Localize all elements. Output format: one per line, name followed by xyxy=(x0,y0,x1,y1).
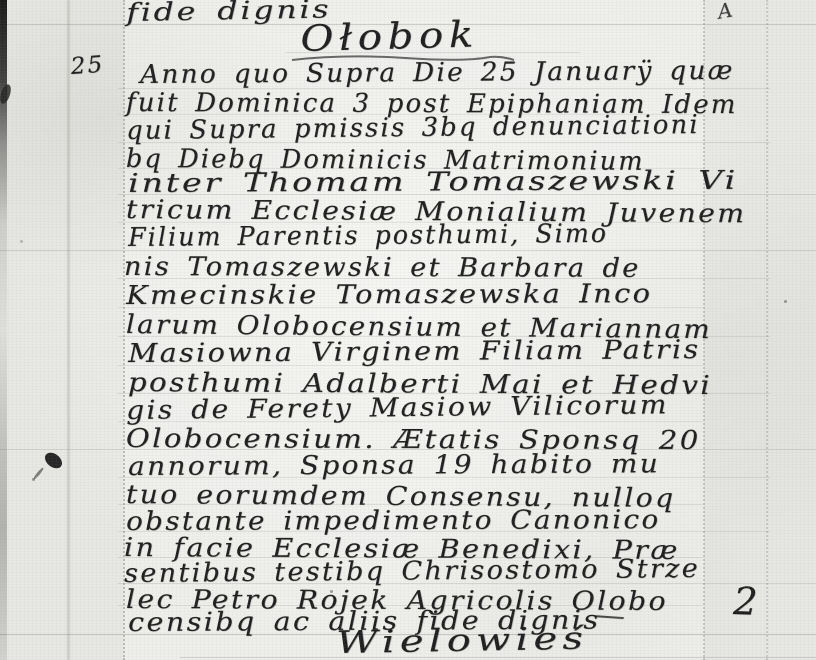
ink-speck xyxy=(784,300,787,303)
record-line: sentibus testibq Chrisostomo Strze xyxy=(124,556,700,587)
record-line: inter Thomam Tomaszewski Vi xyxy=(128,168,738,197)
record-line: Kmecinskie Tomaszewska Inco xyxy=(126,281,652,309)
record-line: Masiowna Virginem Filiam Patris xyxy=(128,337,701,367)
corner-mark: A xyxy=(716,0,736,22)
margin-rule-right xyxy=(766,0,768,660)
record-line: obstante impedimento Canonico xyxy=(126,507,661,535)
record-line: qui Supra pmissis 3bq denunciationi xyxy=(126,112,700,144)
ink-speck xyxy=(32,478,35,481)
fold-line xyxy=(67,0,70,660)
record-line: Filium Parentis posthumi, Simo xyxy=(128,221,608,251)
record-line: Anno quo Supra Die 25 Januarÿ quæ xyxy=(140,58,735,88)
record-line: gis de Ferety Masiow Vilicorum xyxy=(126,392,669,424)
next-record-heading: Wielowieś xyxy=(336,624,588,659)
closing-dash: — xyxy=(594,600,628,632)
page-number: 2 xyxy=(733,582,761,621)
record-line: nis Tomaszewski et Barbara de xyxy=(124,254,641,282)
entry-number: 25 xyxy=(70,54,105,79)
ink-speck xyxy=(20,240,23,243)
manuscript-page: fide dignis Ołobok A 25 Anno quo Supra D… xyxy=(0,0,816,660)
ink-blot xyxy=(42,450,65,472)
record-line: annorum, Sponsa 19 habito mu xyxy=(128,451,660,480)
